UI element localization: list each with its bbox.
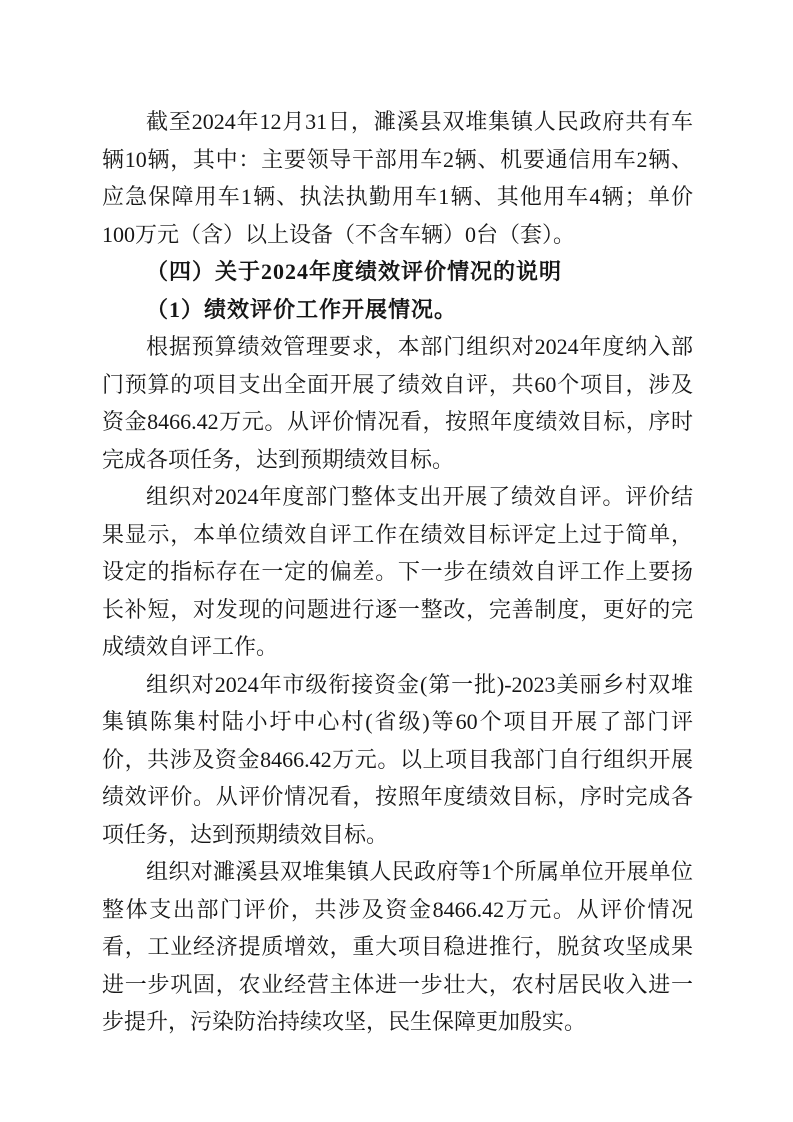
paragraph-line-0-2: 应急保障用车1辆、执法执勤用车1辆、其他用车4辆；单价: [102, 178, 693, 216]
paragraph-line-3-1: 门预算的项目支出全面开展了绩效自评，共60个项目，涉及: [102, 366, 693, 404]
paragraph-line-3-3: 完成各项任务，达到预期绩效目标。: [102, 441, 693, 479]
document-page: 截至2024年12月31日，濉溪县双堆集镇人民政府共有车辆10辆，其中：主要领导…: [0, 0, 793, 1122]
paragraph-line-4-3: 长补短，对发现的问题进行逐一整改，完善制度，更好的完: [102, 591, 693, 629]
paragraph-line-5-3: 绩效评价。从评价情况看，按照年度绩效目标，序时完成各: [102, 778, 693, 816]
document-body: 截至2024年12月31日，濉溪县双堆集镇人民政府共有车辆10辆，其中：主要领导…: [102, 103, 693, 1041]
paragraph-line-6-2: 看，工业经济提质增效，重大项目稳进推行，脱贫攻坚成果: [102, 928, 693, 966]
paragraph-line-4-1: 果显示，本单位绩效自评工作在绩效目标评定上过于简单，: [102, 516, 693, 554]
paragraph-line-4-0: 组织对2024年度部门整体支出开展了绩效自评。评价结: [102, 478, 693, 516]
paragraph-line-6-1: 整体支出部门评价，共涉及资金8466.42万元。从评价情况: [102, 891, 693, 929]
paragraph-line-0-3: 100万元（含）以上设备（不含车辆）0台（套）。: [102, 216, 693, 254]
paragraph-line-5-2: 价，共涉及资金8466.42万元。以上项目我部门自行组织开展: [102, 741, 693, 779]
paragraph-line-6-4: 步提升，污染防治持续攻坚，民生保障更加殷实。: [102, 1003, 693, 1041]
paragraph-line-5-1: 集镇陈集村陆小圩中心村(省级)等60个项目开展了部门评: [102, 703, 693, 741]
paragraph-line-4-2: 设定的指标存在一定的偏差。下一步在绩效自评工作上要扬: [102, 553, 693, 591]
paragraph-line-3-0: 根据预算绩效管理要求，本部门组织对2024年度纳入部: [102, 328, 693, 366]
paragraph-line-5-4: 项任务，达到预期绩效目标。: [102, 816, 693, 854]
paragraph-line-4-4: 成绩效自评工作。: [102, 628, 693, 666]
paragraph-line-3-2: 资金8466.42万元。从评价情况看，按照年度绩效目标，序时: [102, 403, 693, 441]
paragraph-line-0-0: 截至2024年12月31日，濉溪县双堆集镇人民政府共有车: [102, 103, 693, 141]
paragraph-line-6-3: 进一步巩固，农业经营主体进一步壮大，农村居民收入进一: [102, 966, 693, 1004]
paragraph-line-0-1: 辆10辆，其中：主要领导干部用车2辆、机要通信用车2辆、: [102, 141, 693, 179]
paragraph-line-5-0: 组织对2024年市级衔接资金(第一批)-2023美丽乡村双堆: [102, 666, 693, 704]
paragraph-line-6-0: 组织对濉溪县双堆集镇人民政府等1个所属单位开展单位: [102, 853, 693, 891]
heading-line-1-0: （四）关于2024年度绩效评价情况的说明: [102, 253, 693, 291]
heading-line-2-0: （1）绩效评价工作开展情况。: [102, 291, 693, 329]
